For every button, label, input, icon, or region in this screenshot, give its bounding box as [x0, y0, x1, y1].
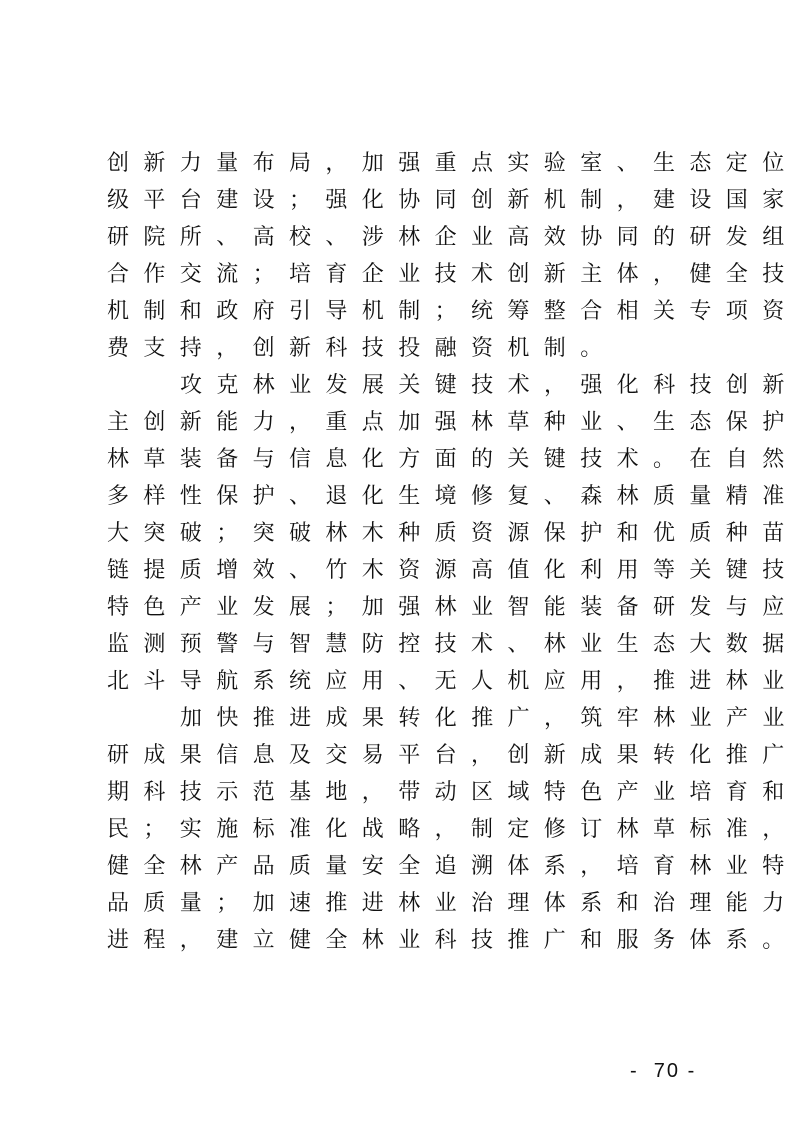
- paragraph-1: 创新力量布局，加强重点实验室、生态定位观测研究站等国家 级平台建设；强化协同创新…: [107, 145, 693, 367]
- text-line: 进程，建立健全林业科技推广和服务体系。: [107, 922, 693, 959]
- text-line: 级平台建设；强化协同创新机制，建设国家创新联盟，建立科: [107, 182, 693, 219]
- text-line: 费支持，创新科技投融资机制。: [107, 330, 693, 367]
- text-line: 创新力量布局，加强重点实验室、生态定位观测研究站等国家: [107, 145, 693, 182]
- text-line: 林草装备与信息化方面的关键技术。在自然保护地管理、生物: [107, 441, 693, 478]
- text-line: 机制和政府引导机制；统筹整合相关专项资金，加大对研发经: [107, 293, 693, 330]
- text-line: 研成果信息及交易平台，创新成果转化推广服务模式，建立长: [107, 737, 693, 774]
- text-line: 监测预警与智慧防控技术、林业生态大数据和林业遥感技术、: [107, 626, 693, 663]
- text-line: 品质量；加速推进林业治理体系和治理能力的信息化、现代化: [107, 885, 693, 922]
- document-body: 创新力量布局，加强重点实验室、生态定位观测研究站等国家 级平台建设；强化协同创新…: [107, 145, 693, 959]
- text-line: 大突破；突破林木种质资源保护和优质种苗保育、油茶全产业: [107, 515, 693, 552]
- text-line: 攻克林业发展关键技术，强化科技创新支撑能力。提升自: [107, 367, 693, 404]
- paragraph-3: 加快推进成果转化推广，筑牢林业产业发展基础。构建科 研成果信息及交易平台，创新成…: [107, 700, 693, 959]
- text-line: 健全林产品质量安全追溯体系，培育林业特色品牌，提升林产: [107, 848, 693, 885]
- text-line: 研院所、高校、涉林企业高效协同的研发组织体系，加强科技: [107, 219, 693, 256]
- text-line: 多样性保护、退化生境修复、森林质量精准提升等领域取得重: [107, 478, 693, 515]
- text-line: 期科技示范基地，带动区域特色产业培育和发展，促进生态惠: [107, 774, 693, 811]
- paragraph-2: 攻克林业发展关键技术，强化科技创新支撑能力。提升自 主创新能力，重点加强林草种业…: [107, 367, 693, 700]
- text-line: 北斗导航系统应用、无人机应用，推进林业现代化进程。: [107, 663, 693, 700]
- page-number: - 70 -: [630, 1060, 696, 1083]
- text-line: 链提质增效、竹木资源高值化利用等关键技术，支撑优势林业: [107, 552, 693, 589]
- text-line: 合作交流；培育企业技术创新主体，健全技术创新的市场导向: [107, 256, 693, 293]
- text-line: 特色产业发展；加强林业智能装备研发与应用、重大森林灾害: [107, 589, 693, 626]
- text-line: 民；实施标准化战略，制定修订林草标准，建设标准化示范区；: [107, 811, 693, 848]
- text-line: 主创新能力，重点加强林草种业、生态保护与修复、林草产业、: [107, 404, 693, 441]
- text-line: 加快推进成果转化推广，筑牢林业产业发展基础。构建科: [107, 700, 693, 737]
